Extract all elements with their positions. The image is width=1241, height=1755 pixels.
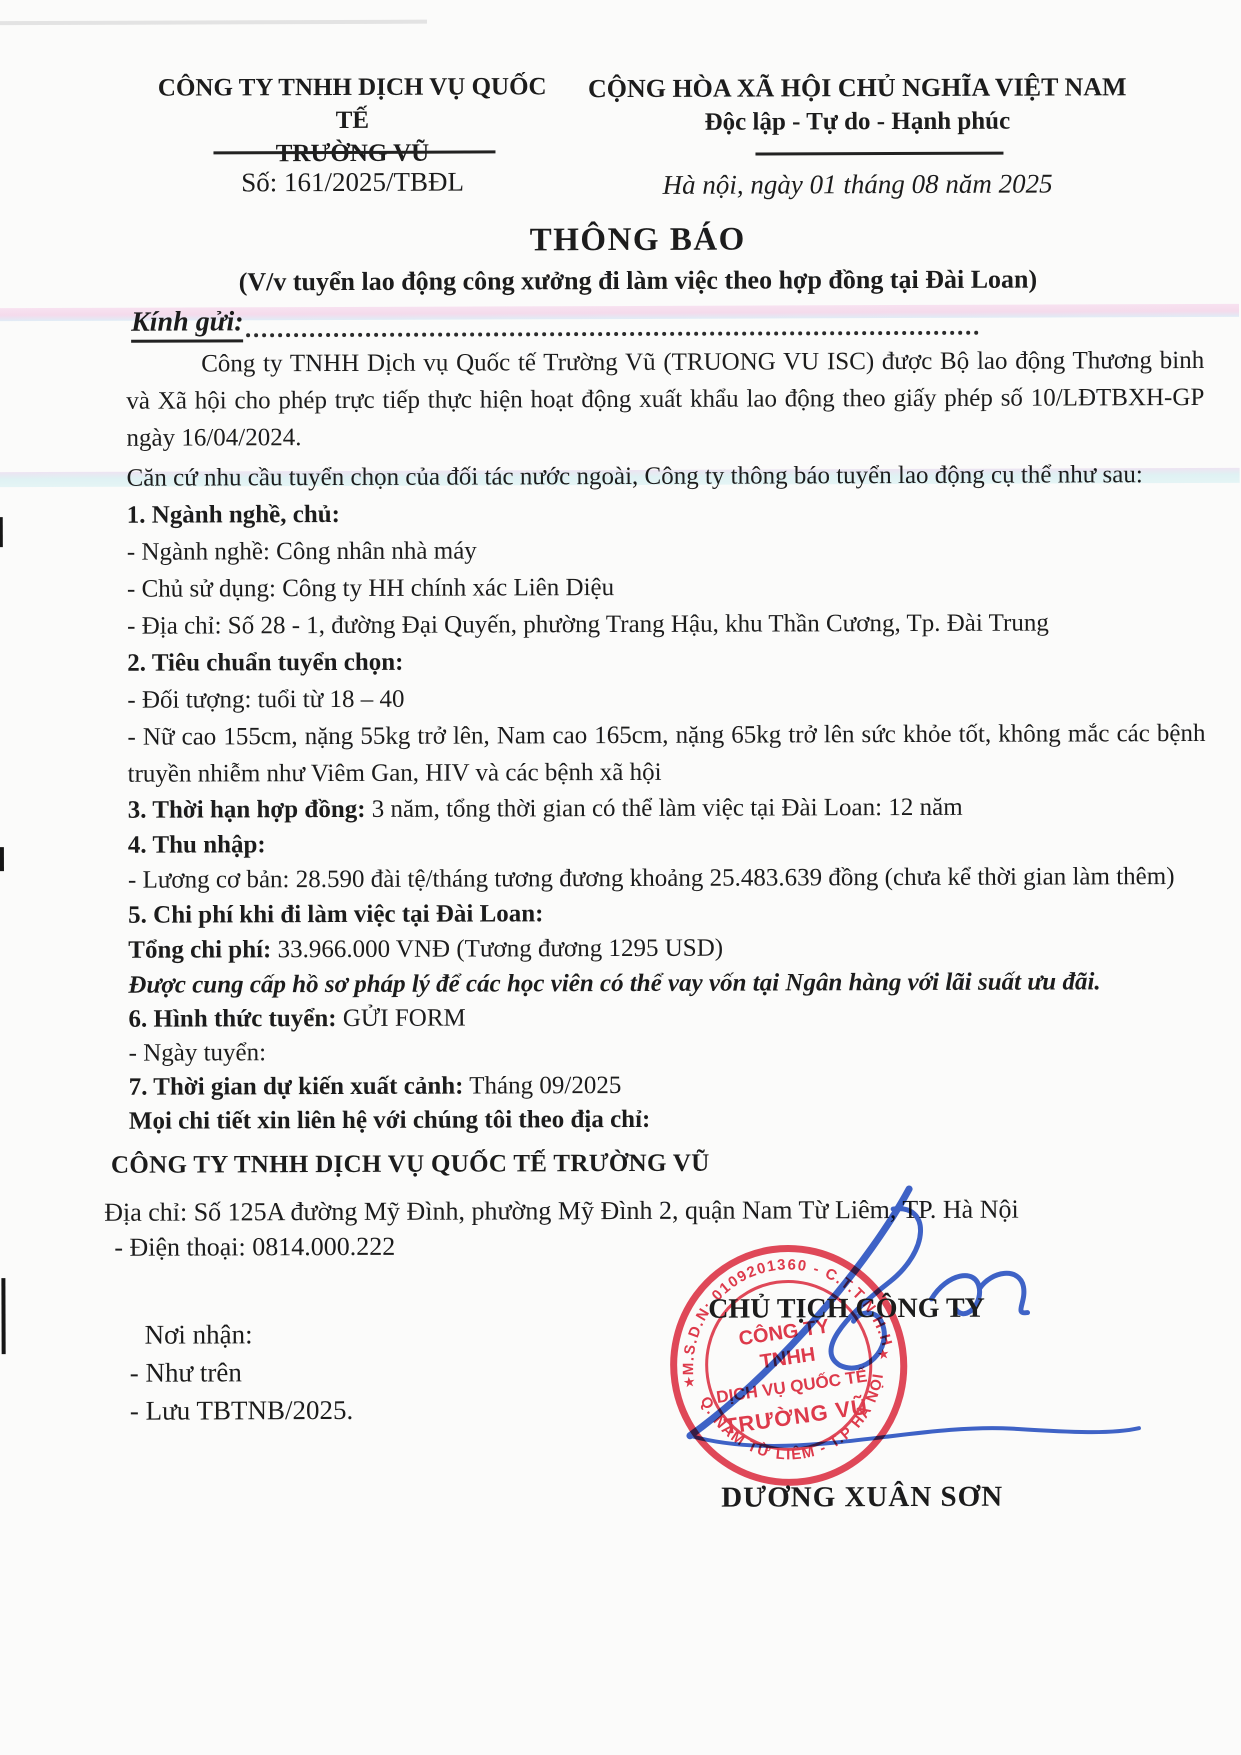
handwritten-signature [631,1178,1152,1480]
signer-name: DƯƠNG XUÂN SƠN [662,1480,1062,1514]
recipient-item: - Như trên [130,1353,354,1392]
item-text: 33.966.000 VNĐ (Tương đương 1295 USD) [271,935,723,964]
loan-support-note: Được cung cấp hồ sơ pháp lý để các học v… [128,964,1206,1003]
item-bold: Tổng chi phí: [128,936,271,963]
national-motto-line1: CỘNG HÒA XÃ HỘI CHỦ NGHĨA VIỆT NAM [587,70,1127,106]
section-heading-text: 1. Ngành nghề, chủ: [127,501,340,529]
section-heading: 3. Thời hạn hợp đồng: 3 năm, tổng thời g… [128,789,1206,828]
document-number: Số: 161/2025/TBĐL [148,166,558,198]
section-text: 3 năm, tổng thời gian có thể làm việc tạ… [365,794,962,823]
section-heading: 2. Tiêu chuẩn tuyển chọn: [127,641,1205,682]
section-heading-text: 6. Hình thức tuyển: [128,1005,336,1033]
contact-intro-line: Mọi chi tiết xin liên hệ với chúng tôi t… [129,1101,1207,1139]
scan-edge-mark [1,1278,5,1354]
section-heading: 1. Ngành nghề, chủ: [127,493,1205,534]
salutation-row: Kính gửi: [131,304,979,343]
item-text: - Chủ sử dụng: Công ty HH chính xác Liên… [127,574,614,603]
item-text: - Đối tượng: tuổi từ 18 – 40 [127,686,404,714]
list-item: - Chủ sử dụng: Công ty HH chính xác Liên… [127,567,1205,608]
scanned-document-page: CÔNG TY TNHH DỊCH VỤ QUỐC TẾ TRƯỜNG VŨ S… [0,0,1241,1755]
section-heading: 4. Thu nhập: [128,824,1206,863]
item-text: - Ngành nghề: Công nhân nhà máy [127,537,477,565]
section-heading-text: 4. Thu nhập: [128,831,266,858]
item-text: - Địa chỉ: Số 28 - 1, đường Đại Quyến, p… [127,610,1049,640]
basis-paragraph: Căn cứ nhu cầu tuyển chọn của đối tác nư… [127,456,1205,497]
document-subtitle: (V/v tuyển lao động công xưởng đi làm vi… [118,264,1158,298]
salutation-dotted-line [247,331,980,338]
header-rule-right [755,152,1003,156]
scan-artifact-streak [0,20,427,26]
section-heading-text: 5. Chi phí khi đi làm việc tại Đài Loan: [128,900,543,928]
recipients-block: Nơi nhận: - Như trên - Lưu TBTNB/2025. [130,1315,354,1430]
item-bold: Mọi chi tiết xin liên hệ với chúng tôi t… [129,1106,651,1135]
list-item: - Ngày tuyển: [129,1033,1207,1071]
list-item: - Đối tượng: tuổi từ 18 – 40 [127,678,1205,719]
scan-edge-mark [0,847,4,871]
section-text: Tháng 09/2025 [463,1072,621,1100]
document-title: THÔNG BÁO [118,220,1158,261]
scan-edge-mark [0,517,3,547]
company-name-line1: CÔNG TY TNHH DỊCH VỤ QUỐC TẾ [147,70,557,137]
document-body: Công ty TNHH Dịch vụ Quốc tế Trường Vũ (… [126,342,1207,1265]
total-cost-line: Tổng chi phí: 33.966.000 VNĐ (Tương đươn… [128,929,1206,968]
signer-role-title: CHỦ TỊCH CÔNG TY [646,1293,1046,1326]
section-heading-text: 2. Tiêu chuẩn tuyển chọn: [127,649,403,677]
recipient-item: - Lưu TBTNB/2025. [130,1391,354,1430]
section-heading-text: 7. Thời gian dự kiến xuất cảnh: [129,1073,464,1101]
date-place-line: Hà nội, ngày 01 tháng 08 năm 2025 [588,168,1128,201]
intro-paragraph: Công ty TNHH Dịch vụ Quốc tế Trường Vũ (… [126,342,1204,457]
signature-stroke [690,1428,1139,1447]
list-item: - Địa chỉ: Số 28 - 1, đường Đại Quyến, p… [127,604,1205,645]
salutation-label: Kính gửi: [131,306,244,342]
national-header-block: CỘNG HÒA XÃ HỘI CHỦ NGHĨA VIỆT NAM Độc l… [587,70,1127,140]
item-text: - Ngày tuyển: [129,1039,267,1066]
section-heading: 7. Thời gian dự kiến xuất cảnh: Tháng 09… [129,1067,1207,1105]
section-text: GỬI FORM [337,1005,466,1032]
company-header-block: CÔNG TY TNHH DỊCH VỤ QUỐC TẾ TRƯỜNG VŨ [147,70,557,170]
list-item: - Nữ cao 155cm, nặng 55kg trở lên, Nam c… [127,715,1205,793]
national-motto-line2: Độc lập - Tự do - Hạnh phúc [587,104,1127,140]
list-item: - Ngành nghề: Công nhân nhà máy [127,530,1205,571]
recipients-label: Nơi nhận: [145,1315,354,1354]
section-heading: 6. Hình thức tuyển: GỬI FORM [128,999,1206,1037]
section-heading-text: 3. Thời hạn hợp đồng: [128,796,366,824]
section-heading: 5. Chi phí khi đi làm việc tại Đài Loan: [128,894,1206,933]
item-text: - Nữ cao 155cm, nặng 55kg trở lên, Nam c… [127,720,1205,788]
list-item: - Lương cơ bản: 28.590 đài tệ/tháng tươn… [128,859,1206,898]
item-text: - Lương cơ bản: 28.590 đài tệ/tháng tươn… [128,863,1175,894]
